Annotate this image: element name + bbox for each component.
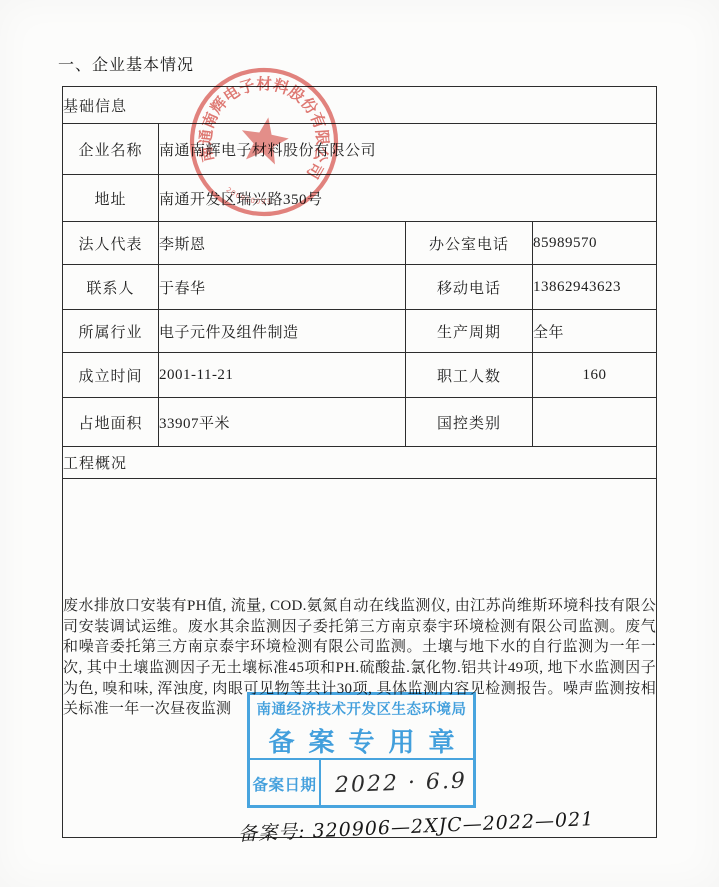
mobile-phone-label: 移动电话	[406, 265, 533, 310]
company-name-value: 南通南辉电子材料股份有限公司	[159, 124, 657, 175]
mobile-phone-value: 13862943623	[533, 265, 657, 310]
project-overview-header: 工程概况	[63, 447, 657, 479]
table-row: 成立时间 2001-11-21 职工人数 160	[63, 353, 657, 398]
basic-info-header: 基础信息	[63, 87, 657, 124]
filing-authority-text: 南通经济技术开发区生态环境局	[250, 695, 473, 722]
legal-rep-label: 法人代表	[63, 222, 159, 265]
industry-value: 电子元件及组件制造	[159, 310, 406, 353]
filing-date-row: 备案日期 2022 · 6.9	[250, 758, 473, 807]
founded-date-value: 2001-11-21	[159, 353, 406, 398]
contact-person-value: 于春华	[159, 265, 406, 310]
address-label: 地址	[63, 175, 159, 222]
national-control-value	[533, 398, 657, 447]
land-area-label: 占地面积	[63, 398, 159, 447]
employee-count-value: 160	[533, 353, 657, 398]
table-row: 联系人 于春华 移动电话 13862943623	[63, 265, 657, 310]
legal-rep-value: 李斯恩	[159, 222, 406, 265]
production-cycle-value: 全年	[533, 310, 657, 353]
employee-count-label: 职工人数	[406, 353, 533, 398]
address-value: 南通开发区瑞兴路350号	[159, 175, 657, 222]
office-phone-value: 85989570	[533, 222, 657, 265]
founded-date-label: 成立时间	[63, 353, 159, 398]
table-row: 占地面积 33907平米 国控类别	[63, 398, 657, 447]
table-row: 所属行业 电子元件及组件制造 生产周期 全年	[63, 310, 657, 353]
office-phone-label: 办公室电话	[406, 222, 533, 265]
table-row: 工程概况	[63, 447, 657, 479]
production-cycle-label: 生产周期	[406, 310, 533, 353]
land-area-value: 33907平米	[159, 398, 406, 447]
industry-label: 所属行业	[63, 310, 159, 353]
filing-stamp-title: 备案专用章	[250, 722, 473, 758]
table-row: 基础信息	[63, 87, 657, 124]
contact-person-label: 联系人	[63, 265, 159, 310]
section-title: 一、企业基本情况	[58, 52, 194, 75]
table-row: 地址 南通开发区瑞兴路350号	[63, 175, 657, 222]
filing-stamp: 南通经济技术开发区生态环境局 备案专用章 备案日期 2022 · 6.9	[247, 692, 476, 808]
table-row: 法人代表 李斯恩 办公室电话 85989570	[63, 222, 657, 265]
filing-date-label: 备案日期	[250, 760, 321, 807]
table-row: 企业名称 南通南辉电子材料股份有限公司	[63, 124, 657, 175]
filing-date-handwritten: 2022 · 6.9	[320, 757, 474, 809]
national-control-label: 国控类别	[406, 398, 533, 447]
scanned-document-page: 一、企业基本情况 基础信息 企业名称 南通南辉电子材料股份有限公司 地址 南通开…	[0, 0, 719, 887]
company-name-label: 企业名称	[63, 124, 159, 175]
